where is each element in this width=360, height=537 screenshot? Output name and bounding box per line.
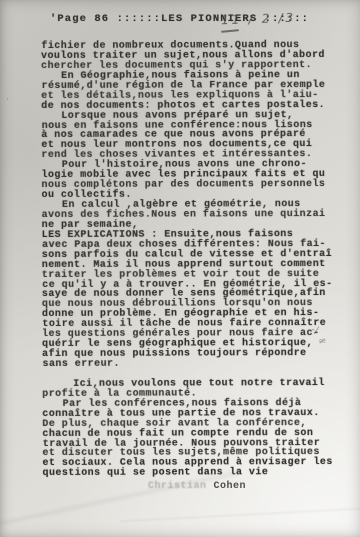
signature-last-name: Cohen bbox=[214, 481, 247, 492]
handwritten-date: 11 / 2 /3 bbox=[221, 10, 296, 28]
text-line: et les détails,nous les expliquons à l'a… bbox=[41, 91, 341, 102]
signature-line: ChristianCohen bbox=[148, 481, 246, 492]
text-line: nous complétons par des documents person… bbox=[41, 180, 341, 191]
signature-first-name: Christian bbox=[148, 481, 207, 492]
text-line: ce qu'il y a à trouver.. En géométrie, i… bbox=[42, 279, 342, 290]
pencil-mark: · bbox=[6, 96, 9, 105]
text-line: fichier de nombreux documents.Quand nous bbox=[41, 41, 341, 52]
text-line: avons des fiches.Nous en faisons une qui… bbox=[42, 210, 342, 221]
text-line: avec Papa deux choses différentes: Nous … bbox=[42, 240, 342, 251]
document-body: fichier de nombreux documents.Quand nous… bbox=[41, 41, 343, 479]
text-line: Pour l'histoire,nous avons une chrono- bbox=[42, 160, 342, 171]
text-line: et discuter tous les sujets,même politiq… bbox=[42, 448, 342, 459]
text-line: De plus, chaque soir avant la conférence… bbox=[42, 419, 342, 430]
scanned-page: 'Page 86 ::::::LES PIONNIERS :::::: 11 /… bbox=[0, 0, 360, 537]
text-line: que nous nous débrouillions lorsqu'on no… bbox=[42, 299, 342, 310]
text-line: sans erreur. bbox=[43, 359, 343, 370]
paper-crease bbox=[0, 470, 240, 530]
text-line: les questions générales pour nous faire … bbox=[42, 329, 342, 340]
text-line: chercher les documents qui s'y rapporten… bbox=[41, 61, 341, 72]
text-line: Par les conférences,nous faisons déjà bbox=[43, 399, 343, 410]
handwritten-underline bbox=[221, 29, 239, 32]
text-line: nous en faisons une conférence:nous liso… bbox=[42, 120, 342, 131]
paper-crease bbox=[120, 500, 360, 530]
text-line: questions qui se posent dans la vie bbox=[42, 468, 342, 479]
